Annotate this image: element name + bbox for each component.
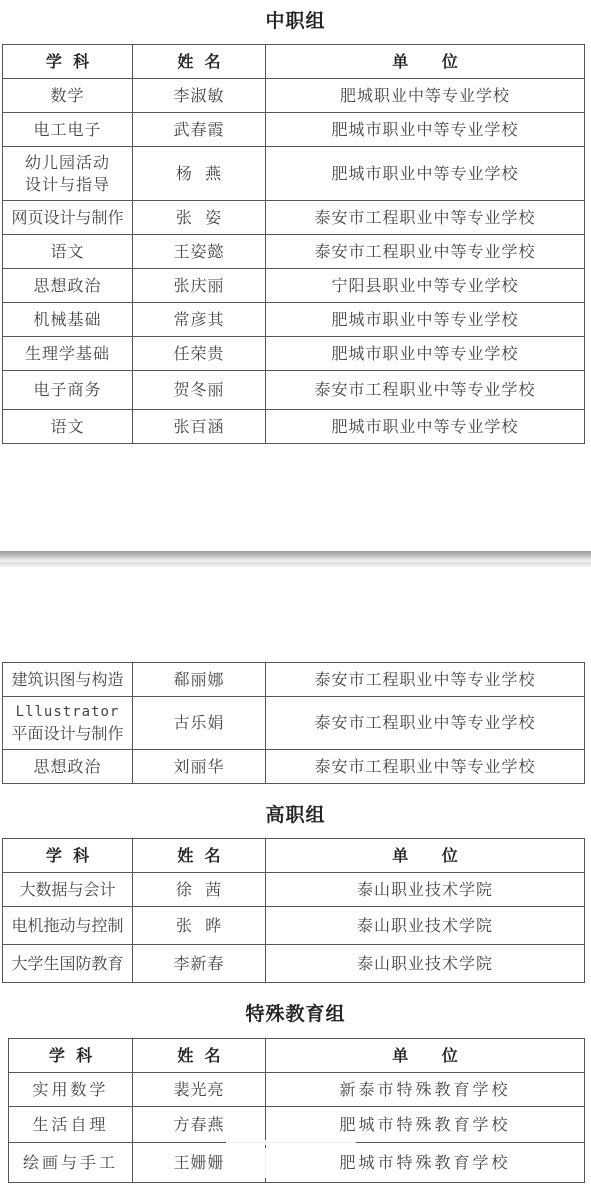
cell-unit: 泰山职业技术学院 <box>266 945 585 983</box>
cell-name: 李新春 <box>133 945 266 983</box>
watermark-artifact <box>262 1148 267 1178</box>
cell-subject: 思想政治 <box>3 750 133 784</box>
header-name: 姓 名 <box>133 45 266 79</box>
table-row: 幼儿园活动 设计与指导 杨 燕 肥城市职业中等专业学校 <box>3 147 585 201</box>
cell-name: 王姿懿 <box>133 235 266 269</box>
cell-unit: 肥城职业中等专业学校 <box>266 79 585 113</box>
table-header-row: 学 科 姓 名 单 位 <box>3 45 585 79</box>
cell-unit: 新泰市特殊教育学校 <box>266 1073 585 1107</box>
cell-name: 刘丽华 <box>133 750 266 784</box>
watermark-artifact <box>326 1152 338 1174</box>
cell-subject: 绘画与手工 <box>9 1143 133 1183</box>
cell-subject: 电子商务 <box>3 371 133 410</box>
cell-name: 古乐娟 <box>133 697 266 750</box>
cell-subject: 语文 <box>3 410 133 444</box>
table-row: 绘画与手工 王姗姗 肥城市特殊教育学校 <box>9 1143 585 1183</box>
cell-subject: 生理学基础 <box>3 337 133 371</box>
header-subject: 学 科 <box>3 45 133 79</box>
table-row: 建筑识图与构造 郗丽娜 泰安市工程职业中等专业学校 <box>3 663 585 697</box>
table-header-row: 学 科 姓 名 单 位 <box>3 839 585 873</box>
cell-unit: 肥城市特殊教育学校 <box>266 1107 585 1143</box>
section-title-higher-vocational: 高职组 <box>0 800 591 827</box>
table-row: Lllustrator 平面设计与制作 古乐娟 泰安市工程职业中等专业学校 <box>3 697 585 750</box>
section-title-special-education: 特殊教育组 <box>0 999 591 1026</box>
cell-name: 徐 茜 <box>133 873 266 907</box>
table-row: 电子商务 贺冬丽 泰安市工程职业中等专业学校 <box>3 371 585 410</box>
header-subject: 学 科 <box>9 1039 133 1073</box>
cell-subject-line2: 平面设计与制作 <box>3 723 132 745</box>
special-education-table: 学 科 姓 名 单 位 实用数学 裴光亮 新泰市特殊教育学校 生活自理 方春燕 … <box>8 1038 585 1183</box>
table-row: 思想政治 张庆丽 宁阳县职业中等专业学校 <box>3 269 585 303</box>
cell-subject-line2: 设计与指导 <box>3 174 132 196</box>
cell-subject: 幼儿园活动 设计与指导 <box>3 147 133 201</box>
cell-unit: 泰山职业技术学院 <box>266 873 585 907</box>
header-name: 姓 名 <box>133 1039 266 1073</box>
cell-subject-line1: Lllustrator <box>3 701 132 723</box>
cell-unit: 肥城市职业中等专业学校 <box>266 337 585 371</box>
cell-name: 张 姿 <box>133 201 266 235</box>
cell-unit: 泰安市工程职业中等专业学校 <box>266 235 585 269</box>
cell-name: 郗丽娜 <box>133 663 266 697</box>
cell-subject: 语文 <box>3 235 133 269</box>
cell-unit: 肥城市特殊教育学校 <box>266 1143 585 1183</box>
table-row: 生理学基础 任荣贵 肥城市职业中等专业学校 <box>3 337 585 371</box>
cell-subject: 电机拖动与控制 <box>3 907 133 945</box>
cell-name: 张 晔 <box>133 907 266 945</box>
header-unit: 单 位 <box>266 1039 585 1073</box>
cell-unit: 泰安市工程职业中等专业学校 <box>266 697 585 750</box>
table-row: 网页设计与制作 张 姿 泰安市工程职业中等专业学校 <box>3 201 585 235</box>
cell-unit: 肥城市职业中等专业学校 <box>266 147 585 201</box>
cell-subject: Lllustrator 平面设计与制作 <box>3 697 133 750</box>
table-row: 电工电子 武春霞 肥城市职业中等专业学校 <box>3 113 585 147</box>
table-row: 大学生国防教育 李新春 泰山职业技术学院 <box>3 945 585 983</box>
cell-unit: 泰安市工程职业中等专业学校 <box>266 750 585 784</box>
table-row: 思想政治 刘丽华 泰安市工程职业中等专业学校 <box>3 750 585 784</box>
cell-name: 张庆丽 <box>133 269 266 303</box>
cell-unit: 泰山职业技术学院 <box>266 907 585 945</box>
cell-subject: 生活自理 <box>9 1107 133 1143</box>
secondary-vocational-table-continued: 建筑识图与构造 郗丽娜 泰安市工程职业中等专业学校 Lllustrator 平面… <box>2 662 585 784</box>
table-row: 语文 王姿懿 泰安市工程职业中等专业学校 <box>3 235 585 269</box>
cell-unit: 肥城市职业中等专业学校 <box>266 410 585 444</box>
cell-unit: 泰安市工程职业中等专业学校 <box>266 201 585 235</box>
cell-subject: 机械基础 <box>3 303 133 337</box>
cell-name: 任荣贵 <box>133 337 266 371</box>
secondary-vocational-table: 学 科 姓 名 单 位 数学 李淑敏 肥城职业中等专业学校 电工电子 武春霞 肥… <box>2 44 585 444</box>
cell-subject: 建筑识图与构造 <box>3 663 133 697</box>
cell-unit: 泰安市工程职业中等专业学校 <box>266 371 585 410</box>
cell-name: 常彦其 <box>133 303 266 337</box>
cell-unit: 肥城市职业中等专业学校 <box>266 113 585 147</box>
cell-subject: 电工电子 <box>3 113 133 147</box>
table-row: 机械基础 常彦其 肥城市职业中等专业学校 <box>3 303 585 337</box>
section-title-secondary-vocational: 中职组 <box>0 6 591 33</box>
table-row: 大数据与会计 徐 茜 泰山职业技术学院 <box>3 873 585 907</box>
page-break-divider <box>0 551 591 567</box>
header-name: 姓 名 <box>133 839 266 873</box>
header-subject: 学 科 <box>3 839 133 873</box>
watermark-artifact <box>226 1140 356 1145</box>
cell-subject: 数学 <box>3 79 133 113</box>
higher-vocational-table: 学 科 姓 名 单 位 大数据与会计 徐 茜 泰山职业技术学院 电机拖动与控制 … <box>2 838 585 983</box>
cell-name: 贺冬丽 <box>133 371 266 410</box>
cell-subject-line1: 幼儿园活动 <box>3 152 132 174</box>
cell-subject: 网页设计与制作 <box>3 201 133 235</box>
table-header-row: 学 科 姓 名 单 位 <box>9 1039 585 1073</box>
table-row: 生活自理 方春燕 肥城市特殊教育学校 <box>9 1107 585 1143</box>
cell-subject: 思想政治 <box>3 269 133 303</box>
table-row: 数学 李淑敏 肥城职业中等专业学校 <box>3 79 585 113</box>
cell-name: 方春燕 <box>133 1107 266 1143</box>
cell-unit: 泰安市工程职业中等专业学校 <box>266 663 585 697</box>
cell-name: 王姗姗 <box>133 1143 266 1183</box>
cell-subject: 大学生国防教育 <box>3 945 133 983</box>
header-unit: 单 位 <box>266 839 585 873</box>
cell-subject: 实用数学 <box>9 1073 133 1107</box>
cell-name: 李淑敏 <box>133 79 266 113</box>
table-row: 实用数学 裴光亮 新泰市特殊教育学校 <box>9 1073 585 1107</box>
cell-subject: 大数据与会计 <box>3 873 133 907</box>
table-row: 电机拖动与控制 张 晔 泰山职业技术学院 <box>3 907 585 945</box>
cell-unit: 宁阳县职业中等专业学校 <box>266 269 585 303</box>
table-row: 语文 张百涵 肥城市职业中等专业学校 <box>3 410 585 444</box>
cell-name: 裴光亮 <box>133 1073 266 1107</box>
cell-unit: 肥城市职业中等专业学校 <box>266 303 585 337</box>
cell-name: 杨 燕 <box>133 147 266 201</box>
cell-name: 张百涵 <box>133 410 266 444</box>
header-unit: 单 位 <box>266 45 585 79</box>
cell-name: 武春霞 <box>133 113 266 147</box>
